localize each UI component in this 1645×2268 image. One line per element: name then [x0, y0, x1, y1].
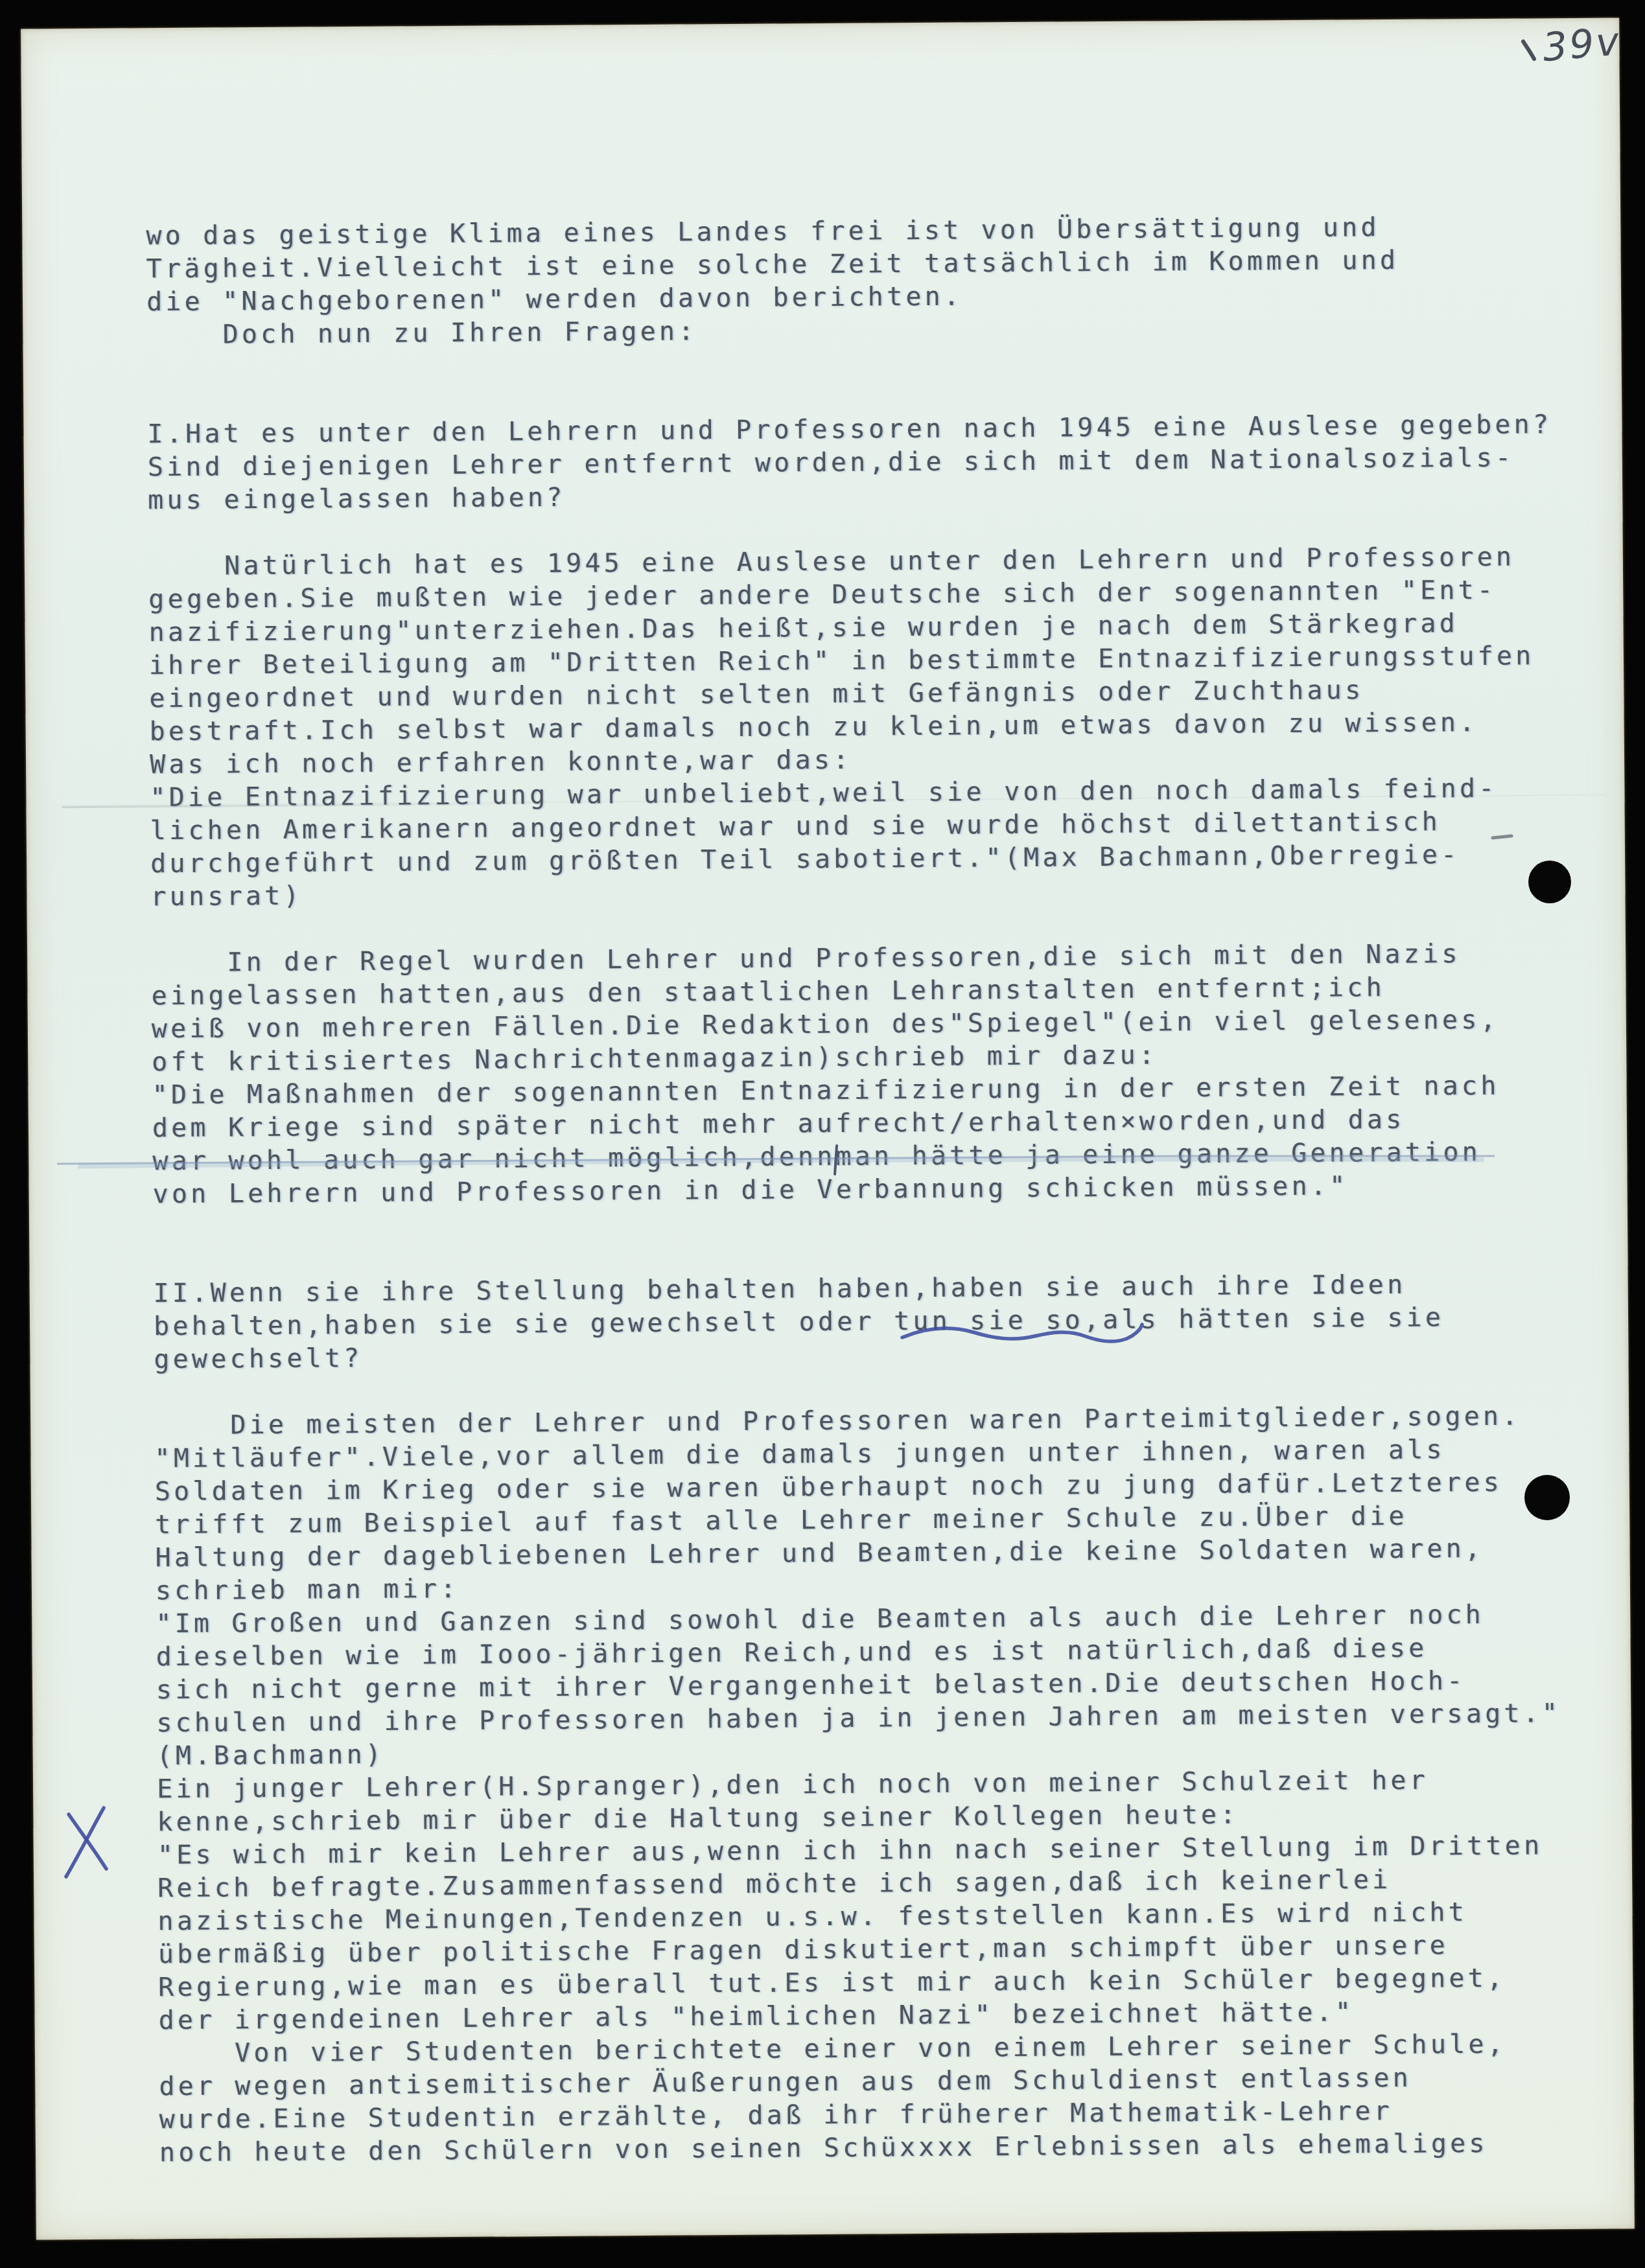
paper-sheet: wo das geistige Klima eines Landes frei … [21, 17, 1635, 2239]
scanned-page-background: { "page": { "page_number": "39v", "paper… [0, 0, 1645, 2268]
handwritten-page-number: 39v [1541, 19, 1623, 71]
typed-text-block: wo das geistige Klima eines Landes frei … [146, 210, 1564, 2170]
